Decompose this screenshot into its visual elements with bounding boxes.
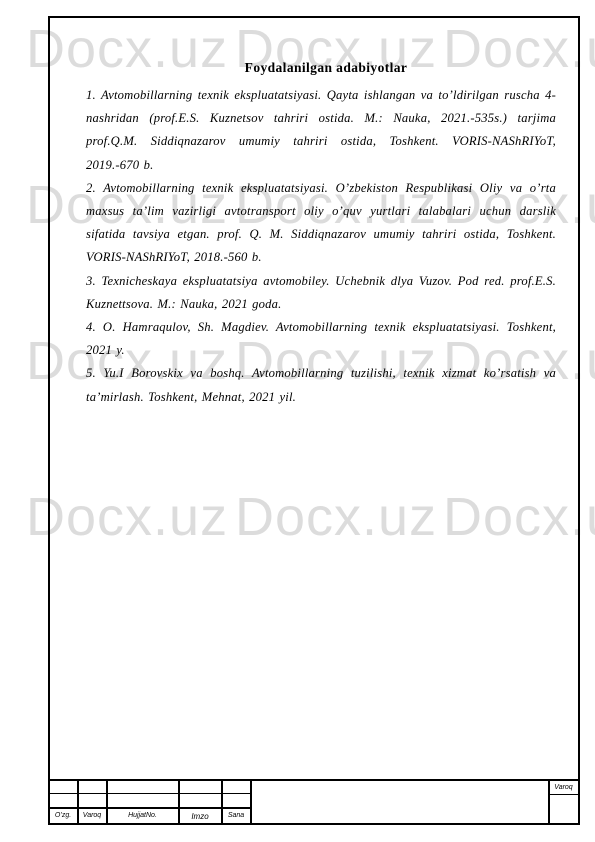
title-block-top-border bbox=[48, 779, 578, 781]
col-label-signature: Imzo bbox=[179, 812, 221, 822]
col-label-sheet: Varoq bbox=[78, 811, 106, 821]
page-title: Foydalanilgan adabiyotlar bbox=[86, 58, 556, 78]
col-label-date: Sana bbox=[222, 811, 250, 821]
reference-item: 3. Texnicheskaya ekspluatatsiya avtomobi… bbox=[86, 270, 556, 316]
sheet-cell-line bbox=[549, 794, 578, 795]
reference-item: 2. Avtomobillarning texnik ekspluatatsiy… bbox=[86, 177, 556, 270]
sheet-label: Varoq bbox=[549, 783, 578, 793]
reference-item: 1. Avtomobillarning texnik ekspluatatsiy… bbox=[86, 84, 556, 177]
reference-item: 4. O. Hamraqulov, Sh. Magdiev. Avtomobil… bbox=[86, 316, 556, 362]
col-label-change: O’zg. bbox=[49, 811, 77, 821]
title-block-col-line bbox=[250, 779, 252, 823]
col-label-document-no: HujjatNo. bbox=[107, 811, 178, 821]
reference-item: 5. Yu.I Borovskix va boshq. Avtomobillar… bbox=[86, 362, 556, 408]
document-body: Foydalanilgan adabiyotlar 1. Avtomobilla… bbox=[86, 58, 556, 409]
